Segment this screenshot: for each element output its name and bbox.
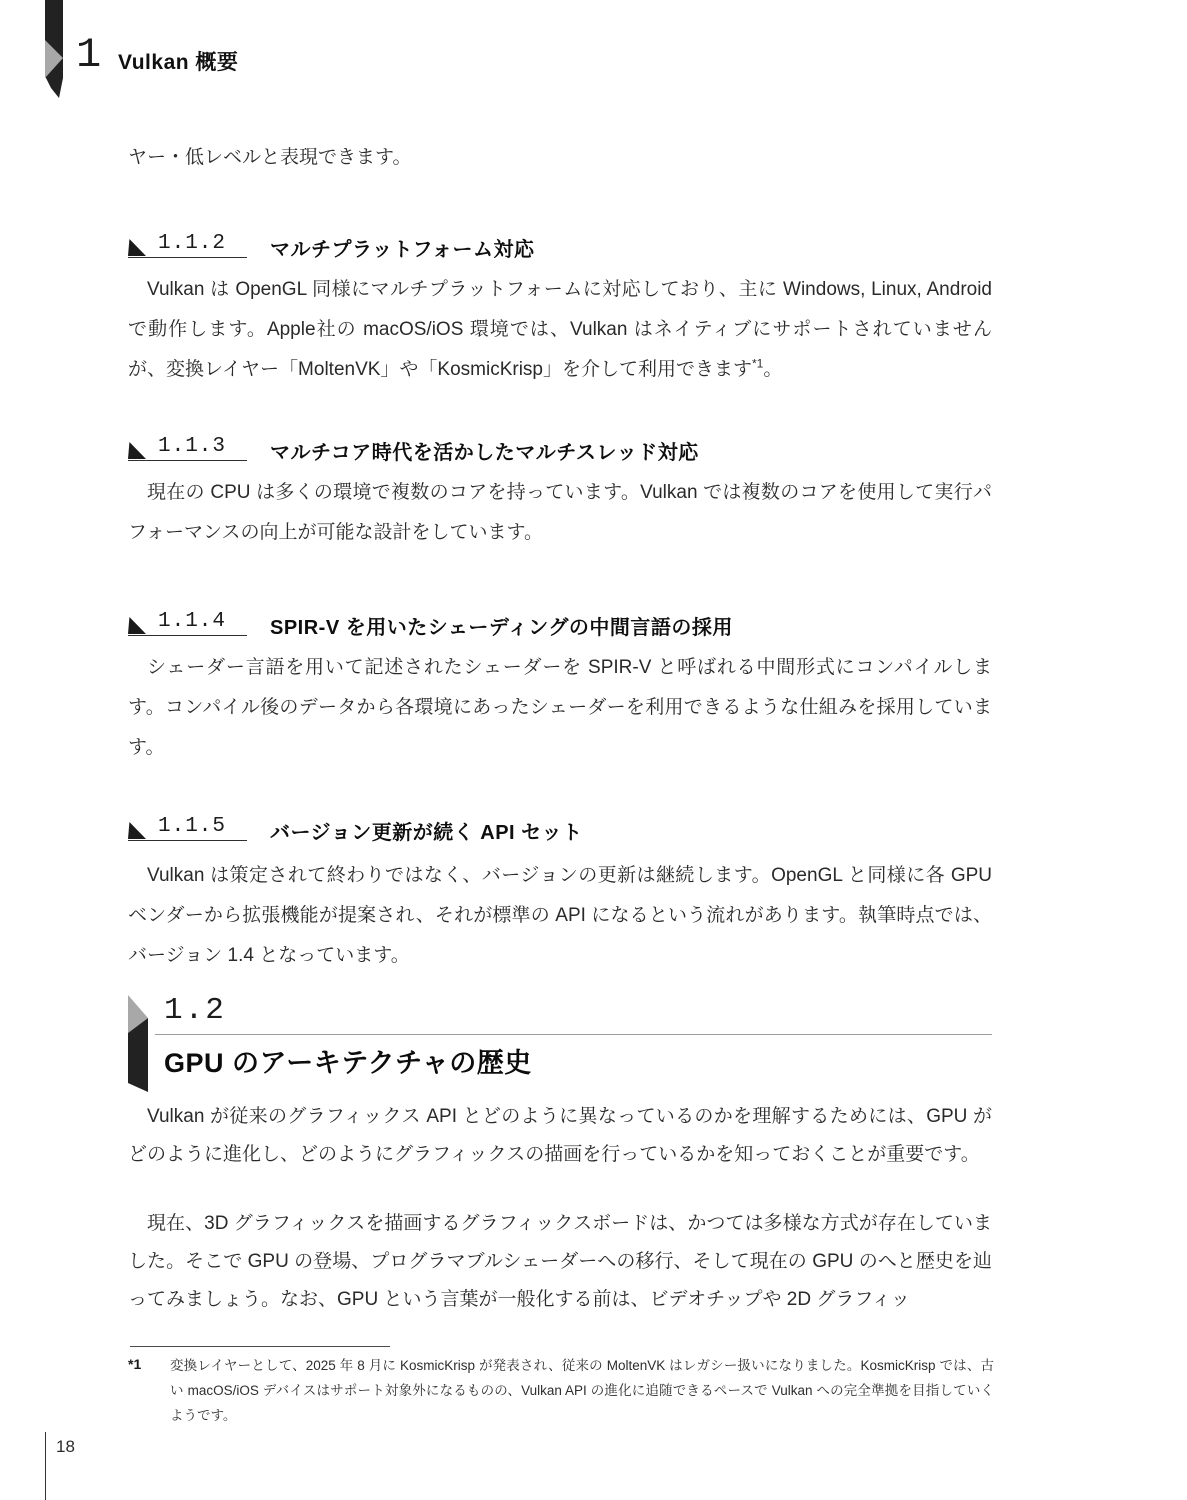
section-title: マルチコア時代を活かしたマルチスレッド対応 bbox=[270, 436, 699, 465]
section-number-underline bbox=[128, 257, 247, 258]
chapter-number: 1 bbox=[76, 34, 101, 76]
page-number: 18 bbox=[56, 1437, 75, 1457]
chapter-title: Vulkan 概要 bbox=[118, 46, 238, 76]
paragraph-text-end: 。 bbox=[763, 359, 782, 380]
section-number: 1.1.3 bbox=[158, 435, 226, 458]
section-1-2-paragraph-2: 現在、3D グラフィックスを描画するグラフィックスボードは、かつては多様な方式が… bbox=[128, 1205, 992, 1319]
section-number-underline bbox=[128, 635, 247, 636]
section-marker-triangle-icon bbox=[128, 239, 146, 256]
footnote-reference: *1 bbox=[752, 357, 763, 371]
section-1-1-4-paragraph: シェーダー言語を用いて記述されたシェーダーを SPIR-V と呼ばれる中間形式に… bbox=[128, 648, 992, 768]
section-title: SPIR-V を用いたシェーディングの中間言語の採用 bbox=[270, 611, 733, 640]
section-marker-triangle-icon bbox=[128, 617, 146, 634]
section-1-2-rule bbox=[155, 1034, 992, 1035]
footnote-divider bbox=[130, 1346, 390, 1347]
footnote-text: 変換レイヤーとして、2025 年 8 月に KosmicKrisp が発表され、… bbox=[170, 1353, 994, 1428]
section-title: マルチプラットフォーム対応 bbox=[270, 233, 535, 262]
section-number-underline bbox=[128, 460, 247, 461]
section-1-1-5-paragraph: Vulkan は策定されて終わりではなく、バージョンの更新は継続します。Open… bbox=[128, 856, 992, 976]
section-1-2-paragraph-1: Vulkan が従来のグラフィックス API とどのように異なっているのかを理解… bbox=[128, 1098, 992, 1174]
section-1-1-2-paragraph: Vulkan は OpenGL 同様にマルチプラットフォームに対応しており、主に… bbox=[128, 270, 992, 390]
page-number-rule bbox=[45, 1432, 46, 1500]
chapter-ribbon-icon bbox=[45, 0, 65, 102]
book-page: 1 Vulkan 概要 ヤー・低レベルと表現できます。 1.1.2 マルチプラッ… bbox=[0, 0, 1187, 1500]
section-title: バージョン更新が続く API セット bbox=[270, 816, 583, 845]
section-number-underline bbox=[128, 840, 247, 841]
paragraph-text: Vulkan は OpenGL 同様にマルチプラットフォームに対応しており、主に… bbox=[128, 279, 992, 380]
section-number: 1.1.5 bbox=[158, 815, 226, 838]
footnote-marker: *1 bbox=[128, 1356, 141, 1372]
section-1-1-3-paragraph: 現在の CPU は多くの環境で複数のコアを持っています。Vulkan では複数の… bbox=[128, 473, 992, 553]
section-number: 1.1.4 bbox=[158, 610, 226, 633]
intro-paragraph-fragment: ヤー・低レベルと表現できます。 bbox=[128, 138, 992, 178]
section-1-2-title: GPU のアーキテクチャの歴史 bbox=[164, 1041, 532, 1080]
section-marker-triangle-icon bbox=[128, 442, 146, 459]
section-1-2-ribbon-icon bbox=[128, 995, 148, 1092]
section-marker-triangle-icon bbox=[128, 822, 146, 839]
section-number: 1.1.2 bbox=[158, 232, 226, 255]
section-1-2-number: 1.2 bbox=[164, 993, 226, 1028]
